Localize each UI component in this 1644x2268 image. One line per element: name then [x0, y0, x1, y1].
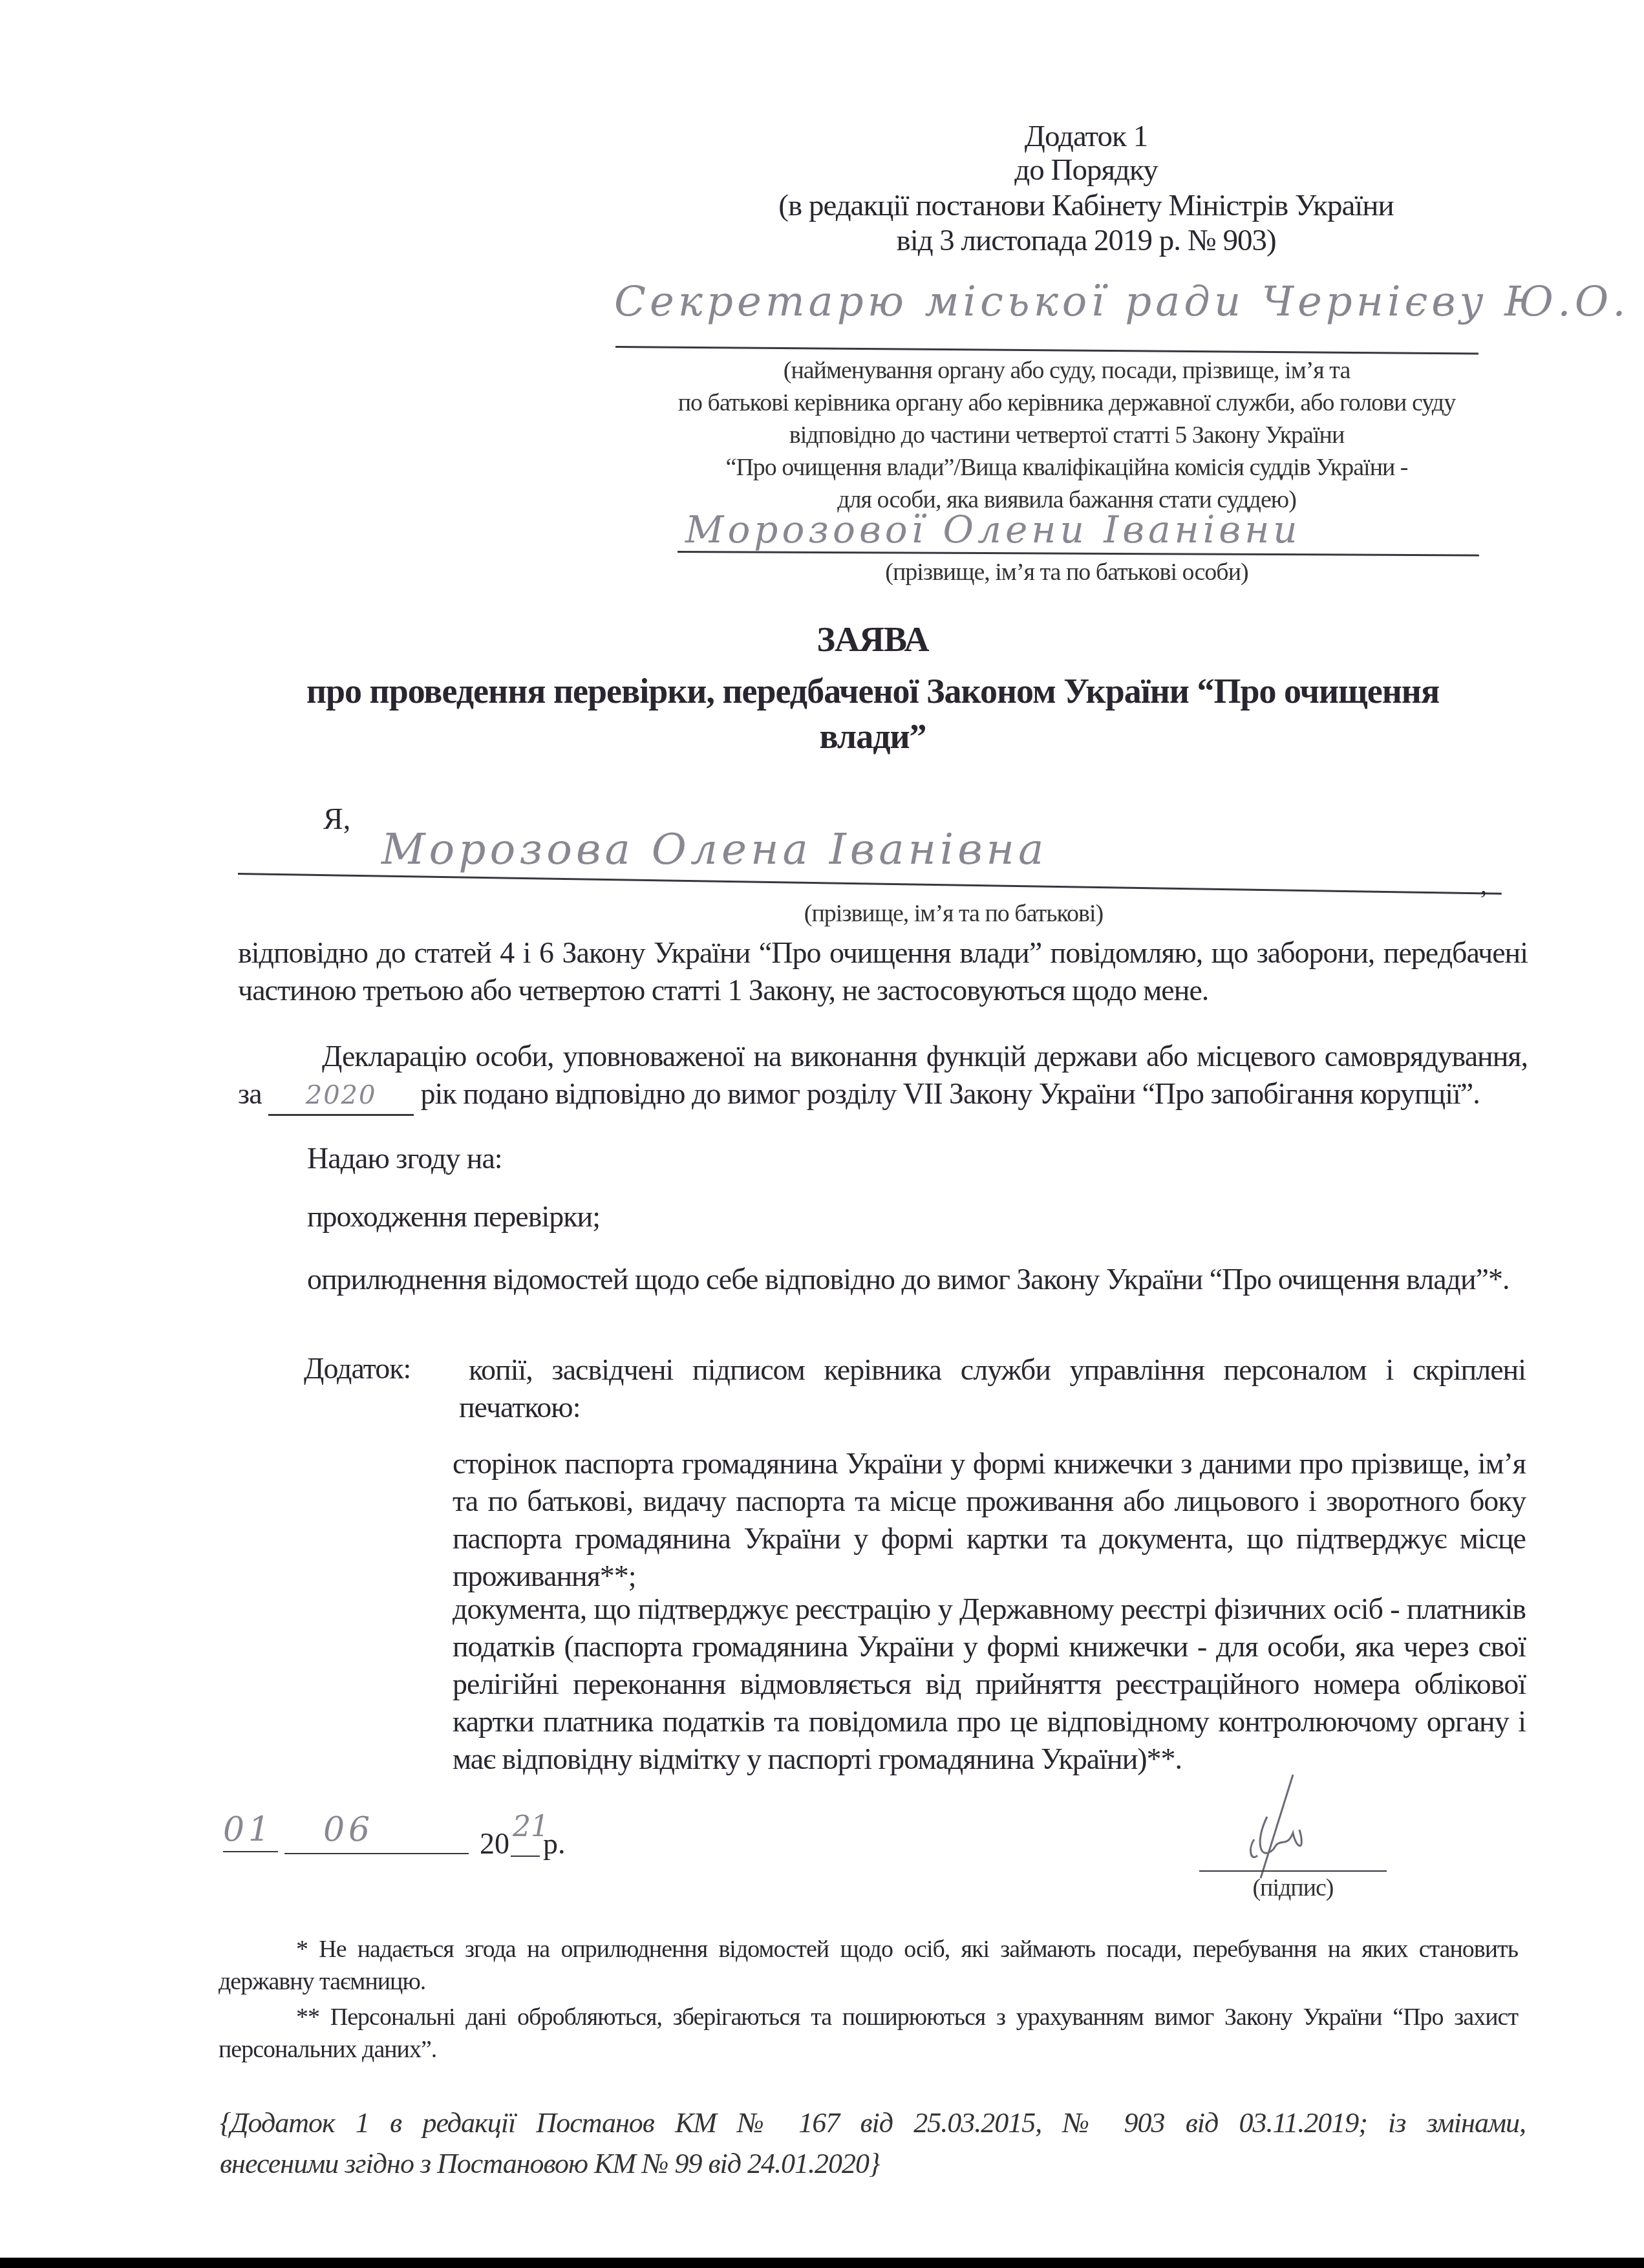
statement-name-caption: (прізвище, ім’я та по батькові): [646, 897, 1261, 930]
addressee-underline: [615, 346, 1479, 354]
addressee-caption-2: по батькові керівника органу або керівни…: [582, 387, 1552, 419]
date-day-underline: [223, 1851, 278, 1852]
footnote-2: ** Персональні дані обробляються, зберіг…: [219, 2001, 1518, 2066]
date-day-handwritten[interactable]: 01: [223, 1810, 273, 1849]
title-sub-line1: про проведення перевірки, передбаченої З…: [194, 666, 1552, 716]
attachments-intro: копії, засвідчені підписом керівника слу…: [459, 1351, 1526, 1426]
statement-trailing-comma: ,: [1480, 870, 1487, 900]
signature-scribble-icon[interactable]: [1215, 1771, 1345, 1881]
consent-intro: Надаю згоду на:: [307, 1141, 502, 1175]
date-month-handwritten[interactable]: 06: [323, 1810, 374, 1849]
footnote-1: * Не надається згода на оприлюднення від…: [219, 1933, 1518, 1998]
edition-note-line1: {Додаток 1 в редакції Постанов КМ № 167 …: [220, 2104, 1526, 2142]
consent-item-2: оприлюднення відомостей щодо себе відпов…: [238, 1261, 1528, 1298]
applicant-caption: (прізвище, ім’я та по батькові особи): [582, 556, 1552, 588]
attachments-label: Додаток:: [304, 1351, 411, 1385]
date-year-underline: [511, 1856, 540, 1857]
declaration-year-handwritten: 2020: [306, 1080, 377, 1110]
addressee-caption-1: (найменування органу або суду, посади, п…: [582, 354, 1552, 387]
applicant-handwritten-field[interactable]: Морозової Олени Іванівни: [685, 508, 1301, 551]
title-main: ЗАЯВА: [194, 614, 1552, 665]
signature-caption: (підпис): [1228, 1872, 1358, 1904]
title-sub-line2: влади”: [194, 711, 1552, 762]
date-year-label: р.: [543, 1826, 566, 1861]
consent-item-1: проходження перевірки;: [307, 1199, 600, 1234]
attachment-item-2: документа, що підтверджує реєстрацію у Д…: [453, 1590, 1526, 1778]
header-line-date: від 3 листопада 2019 р. № 903): [724, 220, 1448, 261]
addressee-caption-3: відповідно до частини четвертої статті 5…: [582, 419, 1552, 451]
statement-name-handwritten-field[interactable]: Морозова Олена Іванівна: [381, 824, 1047, 874]
date-month-underline: [284, 1853, 469, 1854]
addressee-caption-4: “Про очищення влади”/Вища кваліфікаційна…: [582, 451, 1552, 484]
declaration-text-2: рік подано відповідно до вимог розділу V…: [421, 1077, 1480, 1110]
attachment-item-1: сторінок паспорта громадянина України у …: [453, 1445, 1526, 1595]
statement-prefix: Я,: [323, 802, 350, 836]
date-year-prefix: 20: [480, 1826, 509, 1861]
declaration-paragraph: Декларацію особи, уповноваженої на викон…: [238, 1038, 1528, 1116]
scan-bottom-edge: [0, 2258, 1644, 2268]
edition-note-line2: внесеними згідно з Постановою КМ № 99 ві…: [220, 2145, 880, 2183]
header-line-edition: (в редакції постанови Кабінету Міністрів…: [724, 186, 1448, 226]
header-line-order: до Порядку: [724, 150, 1448, 190]
addressee-handwritten-field[interactable]: Секретарю міської ради Чернієву Ю.О.: [614, 278, 1629, 326]
statement-paragraph-1: відповідно до статей 4 і 6 Закону Україн…: [238, 934, 1528, 1009]
statement-name-underline: [238, 873, 1502, 895]
declaration-year-field[interactable]: 2020: [268, 1075, 414, 1116]
